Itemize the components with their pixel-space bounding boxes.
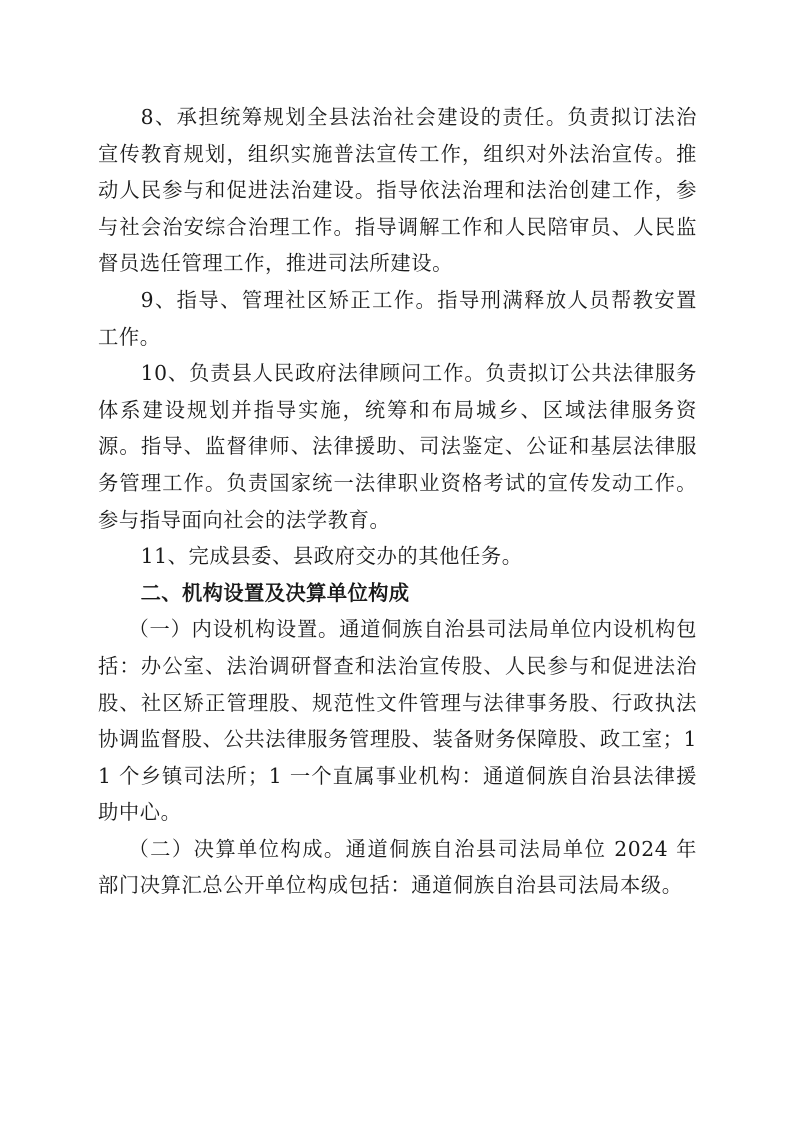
paragraph-item-10: 10、负责县人民政府法律顾问工作。负责拟订公共法律服务体系建设规划并指导实施，统… — [98, 355, 697, 538]
paragraph-item-9: 9、指导、管理社区矫正工作。指导刑满释放人员帮教安置工作。 — [98, 282, 697, 355]
paragraph-item-11: 11、完成县委、县政府交办的其他任务。 — [98, 538, 697, 575]
paragraph-item-8: 8、承担统筹规划全县法治社会建设的责任。负责拟订法治宣传教育规划，组织实施普法宣… — [98, 99, 697, 282]
document-page: 8、承担统筹规划全县法治社会建设的责任。负责拟订法治宣传教育规划，组织实施普法宣… — [98, 99, 697, 904]
paragraph-accounting-units: （二）决算单位构成。通道侗族自治县司法局单位 2024 年部门决算汇总公开单位构… — [98, 831, 697, 904]
paragraph-internal-structure: （一）内设机构设置。通道侗族自治县司法局单位内设机构包括：办公室、法治调研督查和… — [98, 611, 697, 831]
section-heading-2: 二、机构设置及决算单位构成 — [98, 575, 697, 612]
